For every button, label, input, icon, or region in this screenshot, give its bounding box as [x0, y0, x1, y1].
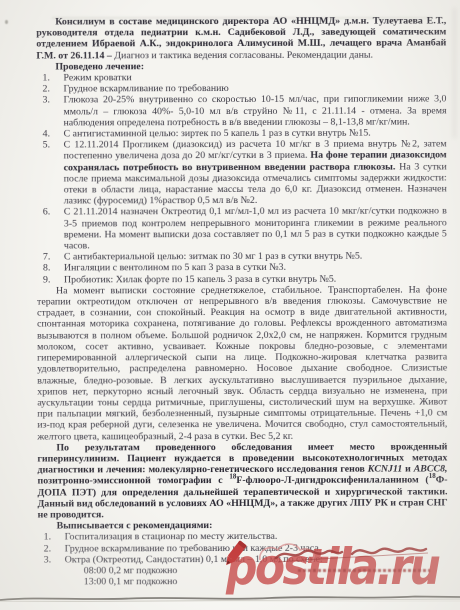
- list-number: 8.: [43, 263, 58, 274]
- doc-content: Консилиум в составе медицинского директо…: [0, 0, 460, 588]
- doc-list-item: 3.Глюкоза 20-25% внутривенно со скорость…: [36, 94, 446, 129]
- doc-list-item: 5.С 12.11.2014 Прогликем (диазоксид) из …: [37, 139, 447, 207]
- doc-paragraph: По результатам проведенного обследования…: [37, 441, 447, 520]
- scanned-document-photo: Консилиум в составе медицинского директо…: [0, 0, 460, 610]
- list-number: 7.: [43, 252, 58, 263]
- list-number: 9.: [43, 274, 58, 285]
- list-number: 3.: [42, 95, 57, 106]
- list-number: 4.: [43, 128, 58, 139]
- doc-list-item: 6.С 21.11.2014 назначен Октреотид 0,1 мг…: [37, 206, 447, 252]
- list-number: 3.: [44, 554, 59, 565]
- doc-paragraph: На момент выписки состояние среднетяжело…: [37, 284, 447, 442]
- list-number: 1.: [42, 72, 57, 83]
- list-number: 5.: [43, 140, 58, 151]
- list-number: 6.: [43, 207, 58, 218]
- list-number: 2.: [44, 543, 59, 554]
- doc-schedule-line: 13:00 0,1 мг подкожно: [38, 576, 448, 588]
- doc-paragraph: Консилиум в составе медицинского директо…: [36, 15, 446, 61]
- list-number: 1.: [44, 532, 59, 543]
- list-number: 2.: [42, 84, 57, 95]
